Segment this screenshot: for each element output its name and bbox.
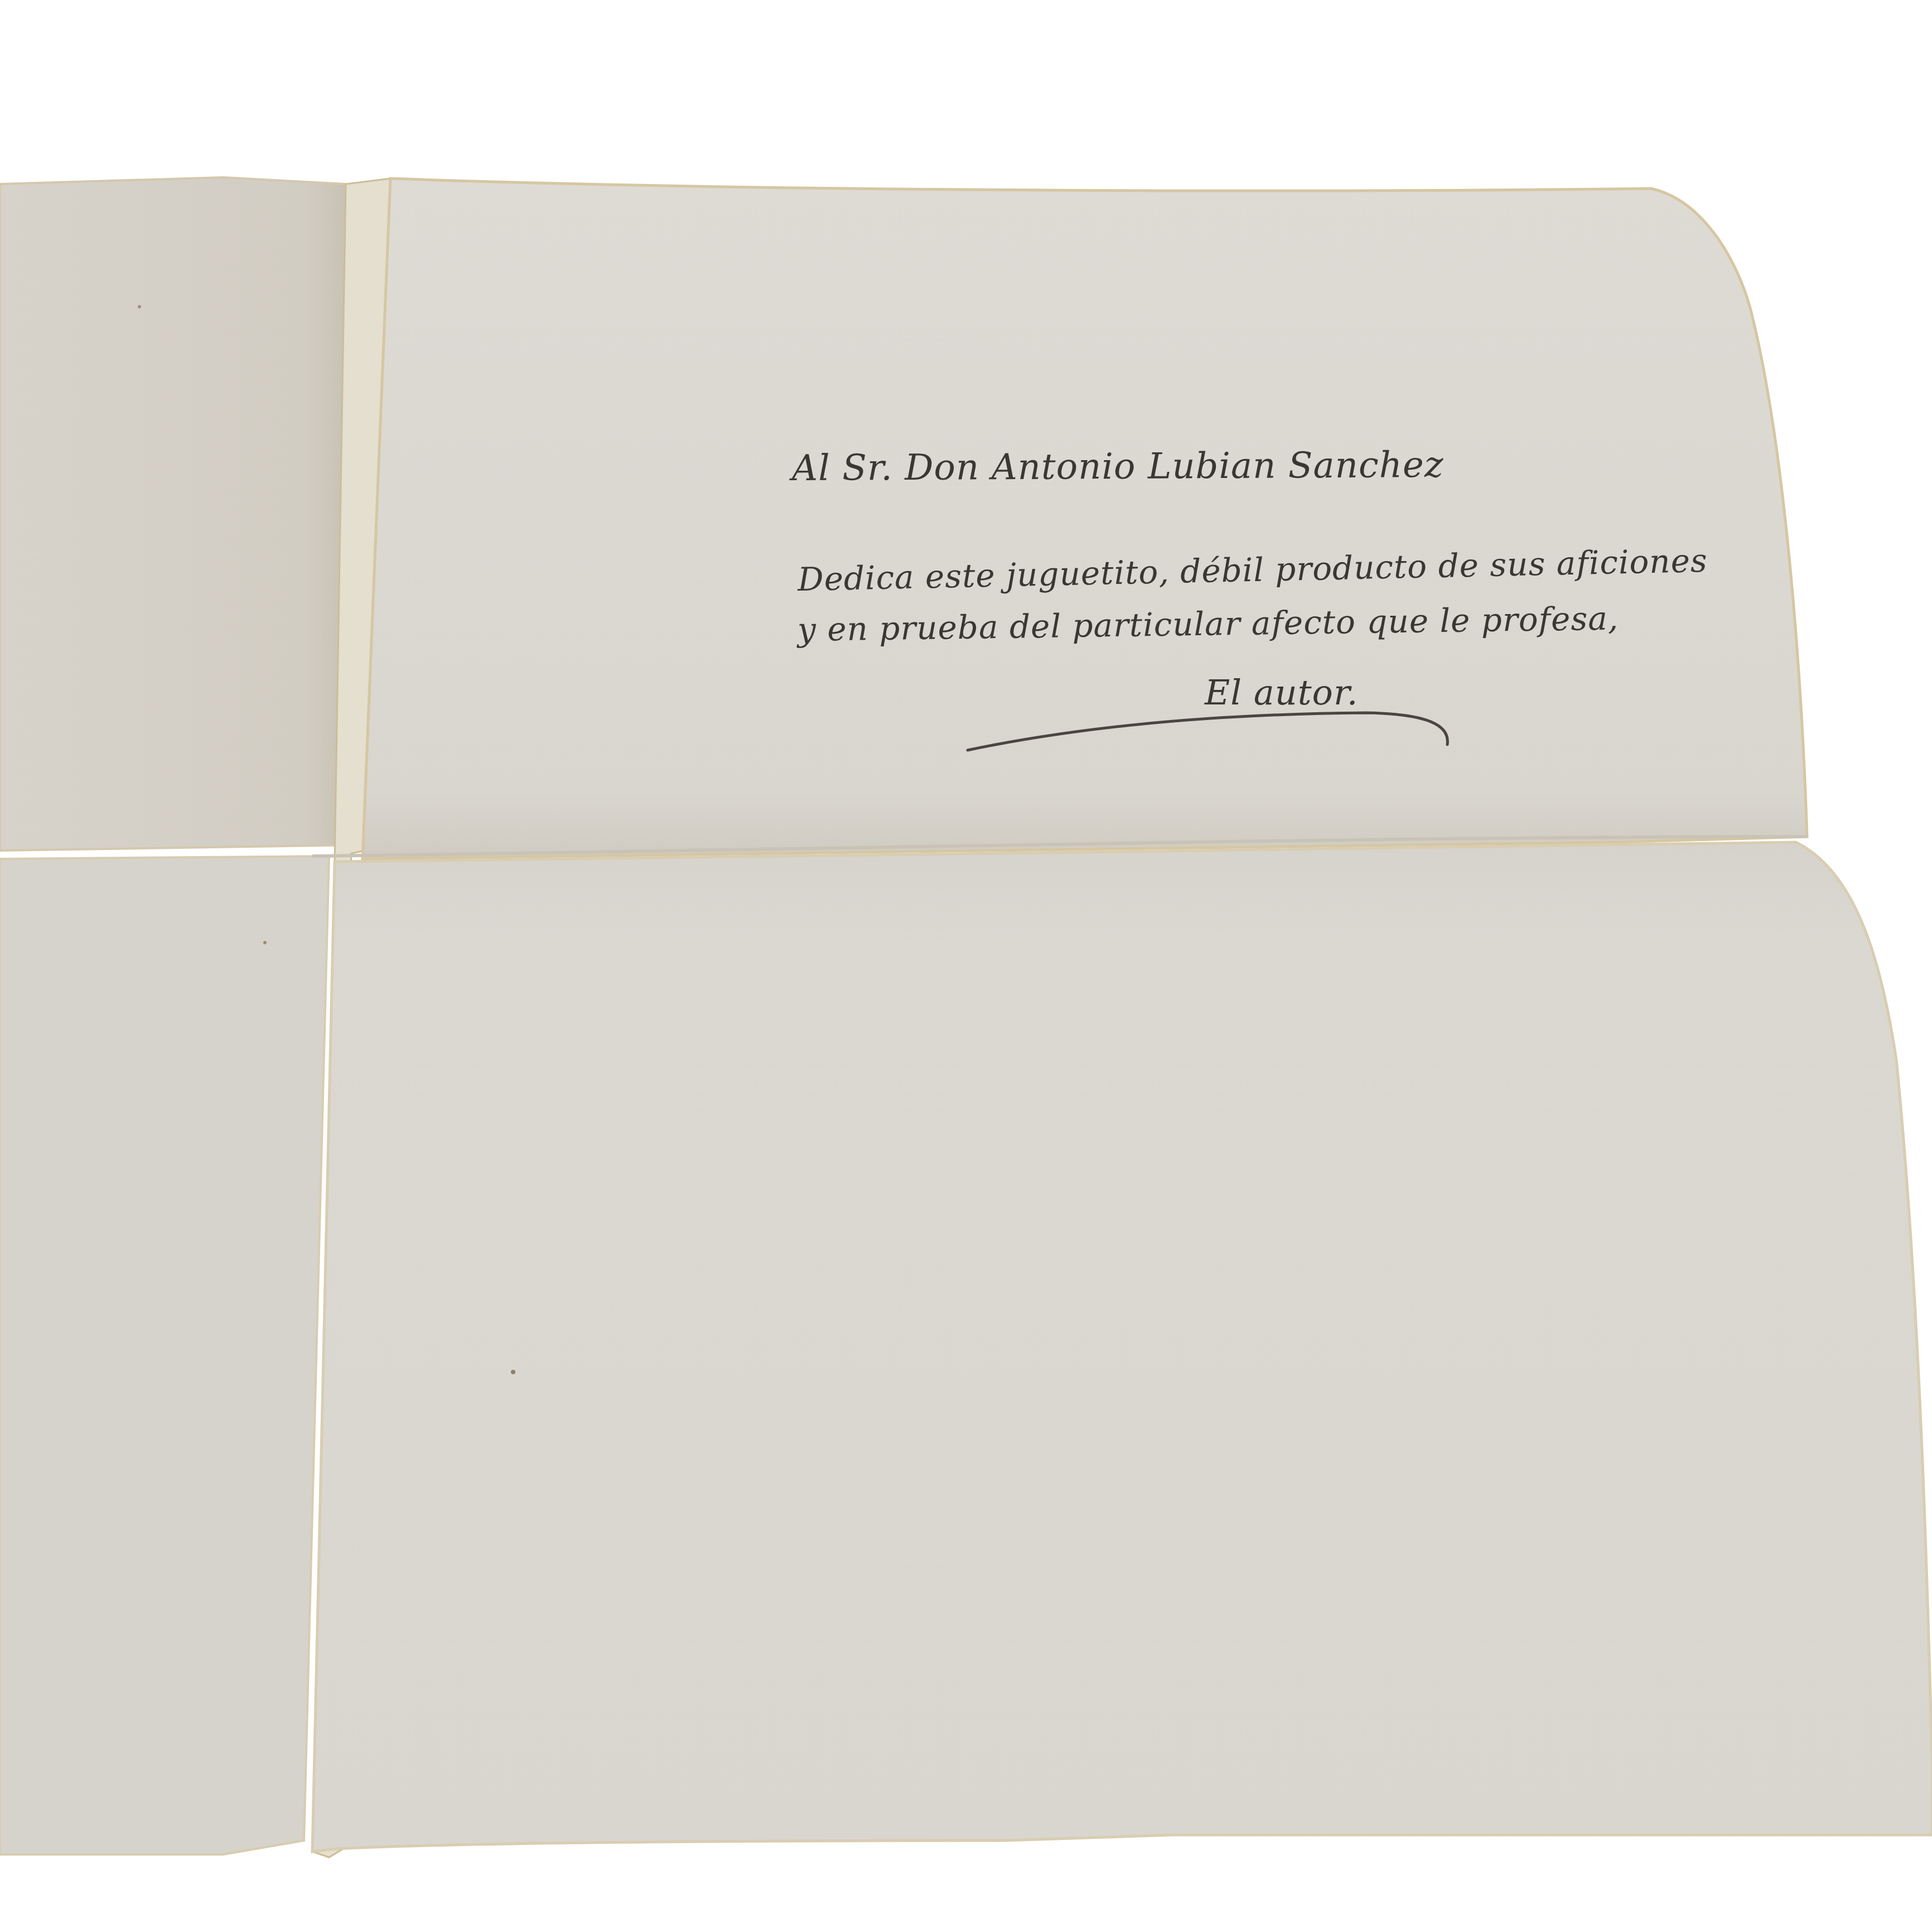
document-photo: Al Sr. Don Antonio Lubian Sanchez Dedica… (0, 0, 1932, 1932)
signature-flourish (0, 0, 1932, 1932)
